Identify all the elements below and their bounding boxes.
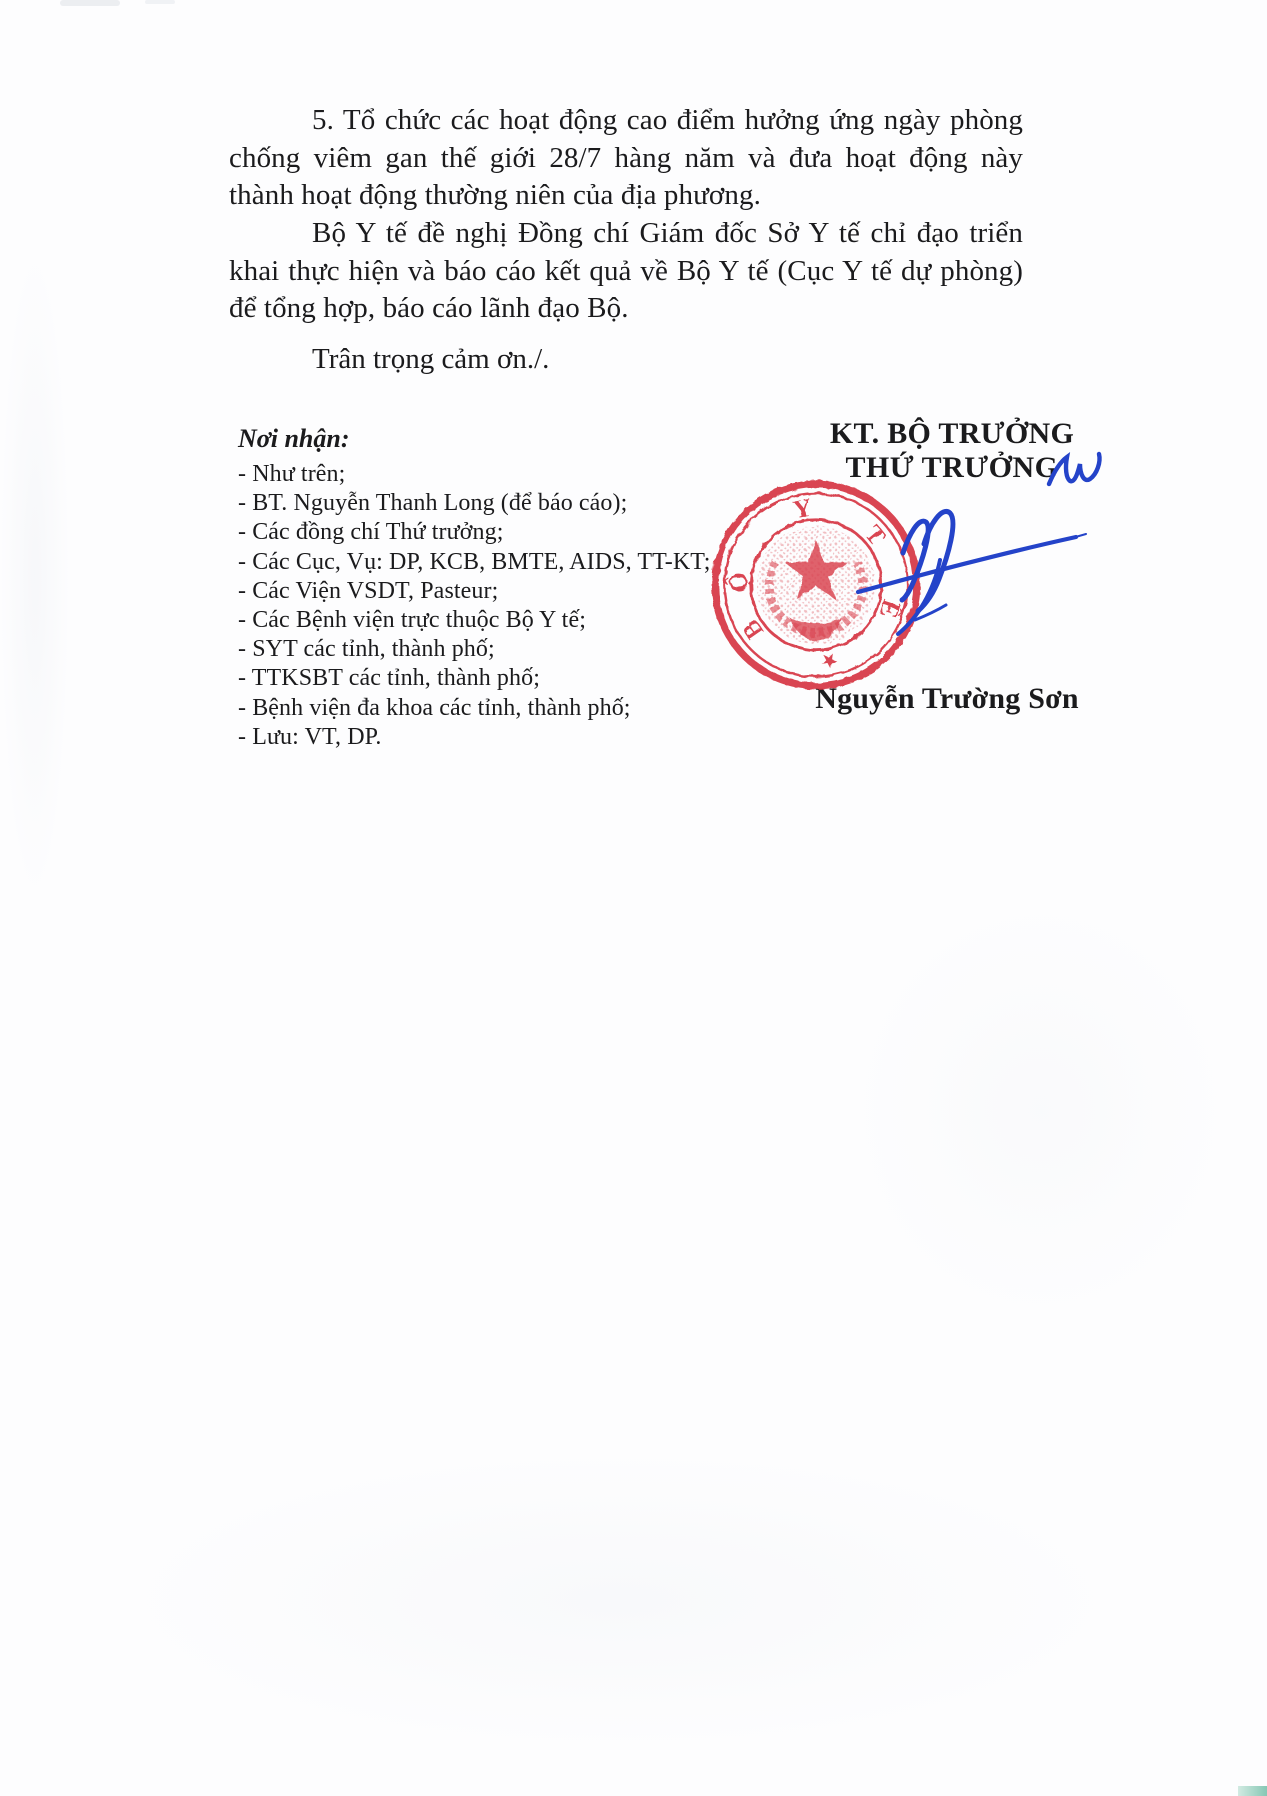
closing-line: Trân trọng cảm ơn./. (312, 341, 549, 378)
signature-title-line1: KT. BỘ TRƯỞNG (806, 417, 1098, 451)
document-page: 5. Tổ chức các hoạt động cao điểm hưởng … (0, 0, 1267, 1796)
seal-letter: B (736, 614, 770, 645)
seal-letter: Y (791, 493, 814, 525)
scan-artifact (60, 0, 120, 6)
scan-artifact (850, 900, 1230, 1320)
scan-artifact (0, 250, 70, 900)
paragraph-item-5: 5. Tổ chức các hoạt động cao điểm hưởng … (229, 102, 1023, 215)
recipient-item: - Lưu: VT, DP. (238, 723, 798, 752)
seal-letter: Ộ (723, 572, 753, 593)
recipients-label: Nơi nhận: (238, 424, 798, 454)
paragraph-request: Bộ Y tế đề nghị Đồng chí Giám đốc Sở Y t… (229, 215, 1023, 328)
scan-artifact (1238, 1786, 1267, 1796)
scan-artifact (120, 1450, 1120, 1750)
scan-artifact (145, 0, 175, 4)
signature-flourish (1044, 448, 1106, 500)
